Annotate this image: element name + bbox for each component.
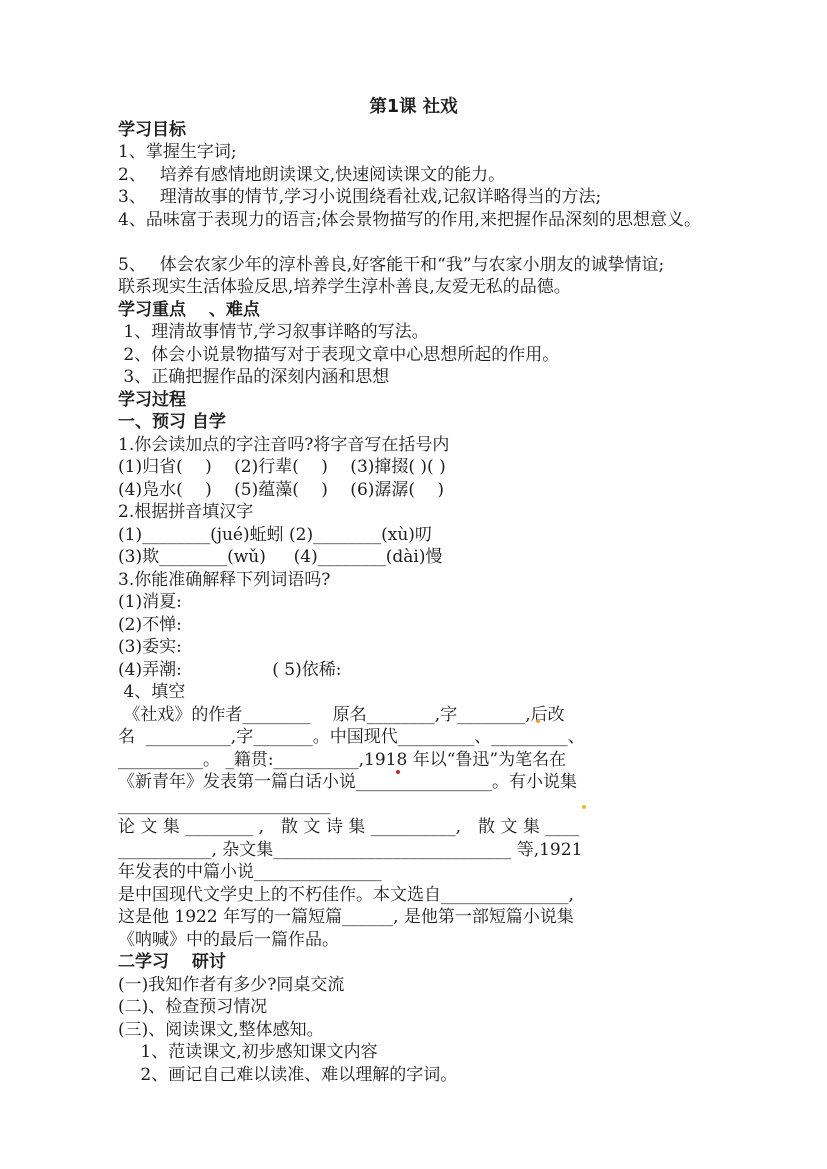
text-line: 论 文 集 ________ , 散 文 诗 集 __________, 散 文… [118, 816, 718, 839]
text-line: 1、范读课文,初步感知课文内容 [118, 1041, 718, 1064]
text-line: 2.根据拼音填汉字 [118, 501, 718, 524]
text-line: (4)弄潮: ( 5)依稀: [118, 659, 718, 682]
text-line: 2、画记自己难以读准、难以理解的字词。 [118, 1064, 718, 1087]
text-line: 这是他 1922 年写的一篇短篇______, 是他第一部短篇小说集 [118, 906, 718, 929]
text-line: 4、填空 [118, 681, 718, 704]
text-line: 3、 理清故事的情节,学习小说围绕看社戏,记叙详略得当的方法; [118, 186, 718, 209]
text-line: 2、体会小说景物描写对于表现文章中心思想所起的作用。 [118, 344, 718, 367]
text-line: (2)不惮: [118, 614, 718, 637]
text-line: 1.你会读加点的字注音吗?将字音写在括号内 [118, 434, 718, 457]
text-line: 2、 培养有感情地朗读课文,快速阅读课文的能力。 [118, 164, 718, 187]
heading-line: 学习重点 、难点 [118, 299, 718, 322]
text-line: 4、品味富于表现力的语言;体会景物描写的作用,来把握作品深刻的思想意义。 [118, 209, 718, 232]
text-line: 是中国现代文学史上的不朽佳作。本文选自_______________, [118, 884, 718, 907]
spellcheck-dot-yellow [582, 805, 586, 809]
text-line [118, 231, 718, 254]
text-line: 年发表的中篇小说_______________ [118, 861, 718, 884]
document-body: 学习目标1、掌握生字词;2、 培养有感情地朗读课文,快速阅读课文的能力。3、 理… [118, 119, 718, 1087]
text-line: 1、理清故事情节,学习叙事详略的写法。 [118, 321, 718, 344]
text-line: 《新青年》发表第一篇白话小说________________。有小说集 [118, 771, 718, 794]
heading-line: 学习过程 [118, 389, 718, 412]
text-line: 名 __________,字_______。中国现代_________、____… [118, 726, 718, 749]
text-line: (1)归省( ) (2)行辈( ) (3)撺掇( )( ) [118, 456, 718, 479]
text-line: (3)欺________(wǔ) (4)________(dài)慢 [118, 546, 718, 569]
text-line: (一)我知作者有多少?同桌交流 [118, 974, 718, 997]
spellcheck-dot-orange [536, 719, 540, 723]
page-title: 第1课 社戏 [0, 96, 827, 119]
text-line: __________。 _籍贯:__________,1918 年以“鲁迅”为笔… [118, 749, 718, 772]
document-page: 第1课 社戏 学习目标1、掌握生字词;2、 培养有感情地朗读课文,快速阅读课文的… [0, 0, 827, 1169]
text-line: (4)凫水( ) (5)蕴藻( ) (6)潺潺( ) [118, 479, 718, 502]
text-line: _________________________ [118, 794, 718, 817]
text-line: (3)委实: [118, 636, 718, 659]
text-line: ___________, 杂文集________________________… [118, 839, 718, 862]
text-line: 3、正确把握作品的深刻内涵和思想 [118, 366, 718, 389]
text-line: (1)________(jué)蚯蚓 (2)________(xù)叨 [118, 524, 718, 547]
text-line: 1、掌握生字词; [118, 141, 718, 164]
heading-line: 学习目标 [118, 119, 718, 142]
text-line: 《呐喊》中的最后一篇作品。 [118, 929, 718, 952]
spellcheck-dot-red [396, 770, 400, 774]
text-line: (二)、检查预习情况 [118, 996, 718, 1019]
text-line: 3.你能准确解释下列词语吗? [118, 569, 718, 592]
heading-line: 一、预习 自学 [118, 411, 718, 434]
text-line: (三)、阅读课文,整体感知。 [118, 1019, 718, 1042]
text-line: 《社戏》的作者________ 原名________,字________,后改 [118, 704, 718, 727]
text-line: 5、 体会农家少年的淳朴善良,好客能干和“我”与农家小朋友的诚挚情谊; [118, 254, 718, 277]
heading-line: 二学习 研讨 [118, 951, 718, 974]
text-line: (1)消夏: [118, 591, 718, 614]
text-line: 联系现实生活体验反思,培养学生淳朴善良,友爱无私的品德。 [118, 276, 718, 299]
